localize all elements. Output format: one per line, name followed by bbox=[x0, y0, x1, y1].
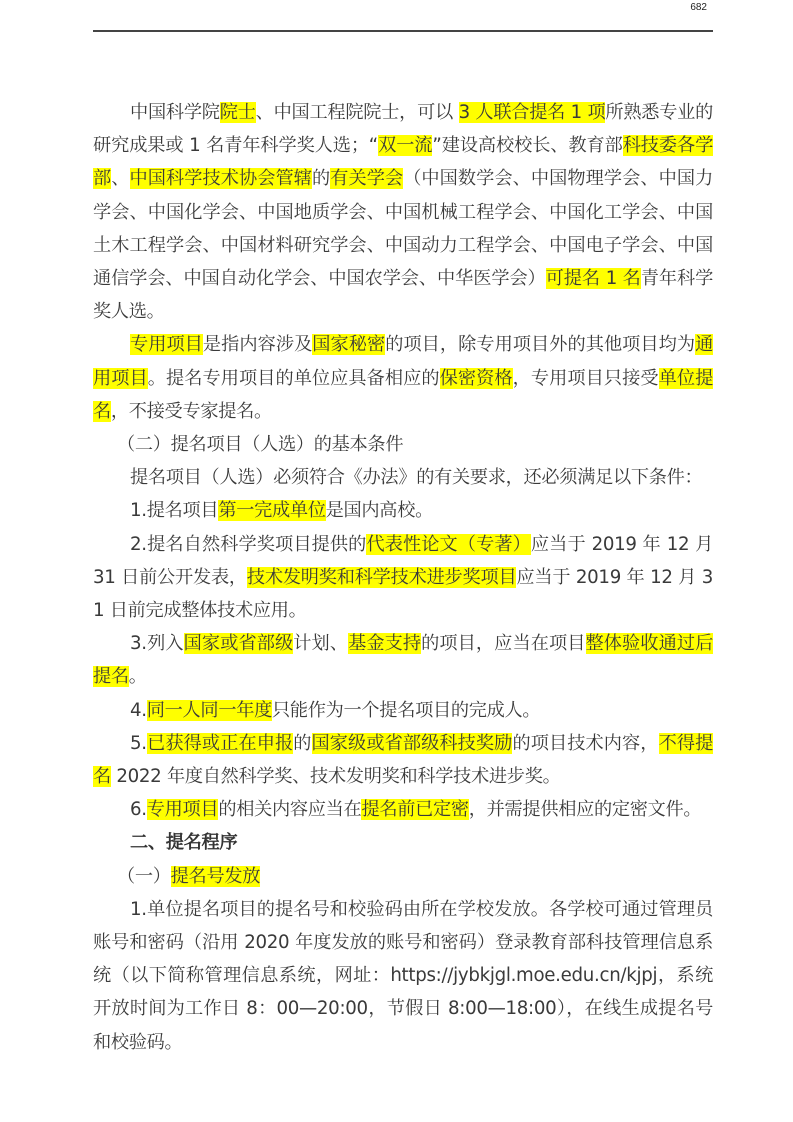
text-run: ，不接受专家提名。 bbox=[111, 401, 272, 422]
text-run: 的项目，应当在项目 bbox=[421, 633, 585, 654]
text-run: ，并需提供相应的定密文件。 bbox=[469, 799, 702, 820]
highlighted-text: 可提名 1 名 bbox=[546, 268, 641, 289]
section-heading: 二、提名程序 bbox=[93, 826, 713, 859]
highlighted-text: 国家或省部级 bbox=[184, 633, 294, 654]
paragraph: 6.专用项目的相关内容应当在提名前已定密，并需提供相应的定密文件。 bbox=[93, 793, 713, 826]
text-run: ，专用项目只接受 bbox=[513, 368, 659, 389]
paragraph: 中国科学院院士、中国工程院院士，可以 3 人联合提名 1 项所熟悉专业的研究成果… bbox=[93, 96, 713, 328]
text-run: 中国科学院 bbox=[130, 102, 220, 123]
text-run: 5. bbox=[130, 733, 147, 754]
text-run: 的项目，除专用项目外的其他项目均为 bbox=[385, 334, 695, 355]
text-run: 提名项目（人选）必须符合《办法》的有关要求，还必须满足以下条件： bbox=[130, 467, 702, 488]
text-run: 、 bbox=[111, 168, 129, 189]
text-run: 3.列入 bbox=[130, 633, 184, 654]
text-run: 2022 年度自然科学奖、技术发明奖和科学技术进步奖。 bbox=[111, 766, 561, 787]
highlighted-text: 院士 bbox=[220, 102, 256, 123]
highlighted-text: 国家级或省部级科技奖励 bbox=[312, 733, 513, 754]
text-run: 、中国工程院院士，可以 bbox=[256, 102, 459, 123]
text-run: （二）提名项目（人选）的基本条件 bbox=[117, 434, 403, 455]
page-number: 682 bbox=[690, 2, 707, 13]
highlighted-text: 技术发明奖和科学技术进步奖项目 bbox=[247, 567, 517, 588]
text-run: 计划、 bbox=[293, 633, 348, 654]
text-run: 的 bbox=[293, 733, 311, 754]
text-run: 二、提名程序 bbox=[130, 832, 237, 853]
highlighted-text: 保密资格 bbox=[440, 368, 513, 389]
highlighted-text: 基金支持 bbox=[348, 633, 421, 654]
highlighted-text: 已获得或正在申报 bbox=[147, 733, 294, 754]
text-run: 2.提名自然科学奖项目提供的 bbox=[130, 534, 366, 555]
text-run: 1.单位提名项目的提名号和校验码由所在学校发放。各学校可通过管理员账号和密码（沿… bbox=[93, 899, 713, 1053]
text-run: 。提名专用项目的单位应具备相应的 bbox=[148, 368, 440, 389]
highlighted-text: 同一人同一年度 bbox=[147, 700, 272, 721]
highlighted-text: 有关学会 bbox=[330, 168, 403, 189]
paragraph: 5.已获得或正在申报的国家级或省部级科技奖励的项目技术内容，不得提名 2022 … bbox=[93, 727, 713, 793]
highlighted-text: 3 人联合提名 1 项 bbox=[459, 102, 606, 123]
paragraph: （二）提名项目（人选）的基本条件 bbox=[93, 428, 713, 461]
highlighted-text: 国家秘密 bbox=[312, 334, 385, 355]
highlighted-text: 双一流 bbox=[378, 135, 433, 156]
paragraph: 3.列入国家或省部级计划、基金支持的项目，应当在项目整体验收通过后提名。 bbox=[93, 627, 713, 693]
paragraph: 1.提名项目第一完成单位是国内高校。 bbox=[93, 494, 713, 527]
text-run: 只能作为一个提名项目的完成人。 bbox=[272, 700, 540, 721]
text-run: 6. bbox=[130, 799, 147, 820]
text-run: 是指内容涉及 bbox=[203, 334, 312, 355]
header-rule bbox=[93, 30, 713, 32]
paragraph: 4.同一人同一年度只能作为一个提名项目的完成人。 bbox=[93, 694, 713, 727]
paragraph: 提名项目（人选）必须符合《办法》的有关要求，还必须满足以下条件： bbox=[93, 461, 713, 494]
highlighted-text: 中国科学技术协会管辖 bbox=[130, 168, 312, 189]
paragraph: 2.提名自然科学奖项目提供的代表性论文（专著）应当于 2019 年 12 月 3… bbox=[93, 528, 713, 628]
text-run: ”建设高校校长、教育部 bbox=[432, 135, 622, 156]
text-run: 的相关内容应当在 bbox=[218, 799, 361, 820]
text-run: （一） bbox=[117, 866, 171, 887]
highlighted-text: 第一完成单位 bbox=[218, 500, 325, 521]
text-run: 的项目技术内容， bbox=[512, 733, 658, 754]
text-run: 是国内高校。 bbox=[326, 500, 433, 521]
highlighted-text: 专用项目 bbox=[130, 334, 203, 355]
highlighted-text: 提名号发放 bbox=[171, 866, 260, 887]
paragraph: （一）提名号发放 bbox=[93, 860, 713, 893]
document-body: 中国科学院院士、中国工程院院士，可以 3 人联合提名 1 项所熟悉专业的研究成果… bbox=[93, 96, 713, 1059]
highlighted-text: 专用项目 bbox=[147, 799, 219, 820]
text-run: 1.提名项目 bbox=[130, 500, 218, 521]
text-run: 的 bbox=[312, 168, 330, 189]
text-run: 4. bbox=[130, 700, 147, 721]
paragraph: 1.单位提名项目的提名号和校验码由所在学校发放。各学校可通过管理员账号和密码（沿… bbox=[93, 893, 713, 1059]
highlighted-text: 代表性论文（专著） bbox=[366, 534, 530, 555]
highlighted-text: 提名前已定密 bbox=[361, 799, 468, 820]
paragraph: 专用项目是指内容涉及国家秘密的项目，除专用项目外的其他项目均为通用项目。提名专用… bbox=[93, 328, 713, 428]
text-run: 。 bbox=[129, 666, 147, 687]
